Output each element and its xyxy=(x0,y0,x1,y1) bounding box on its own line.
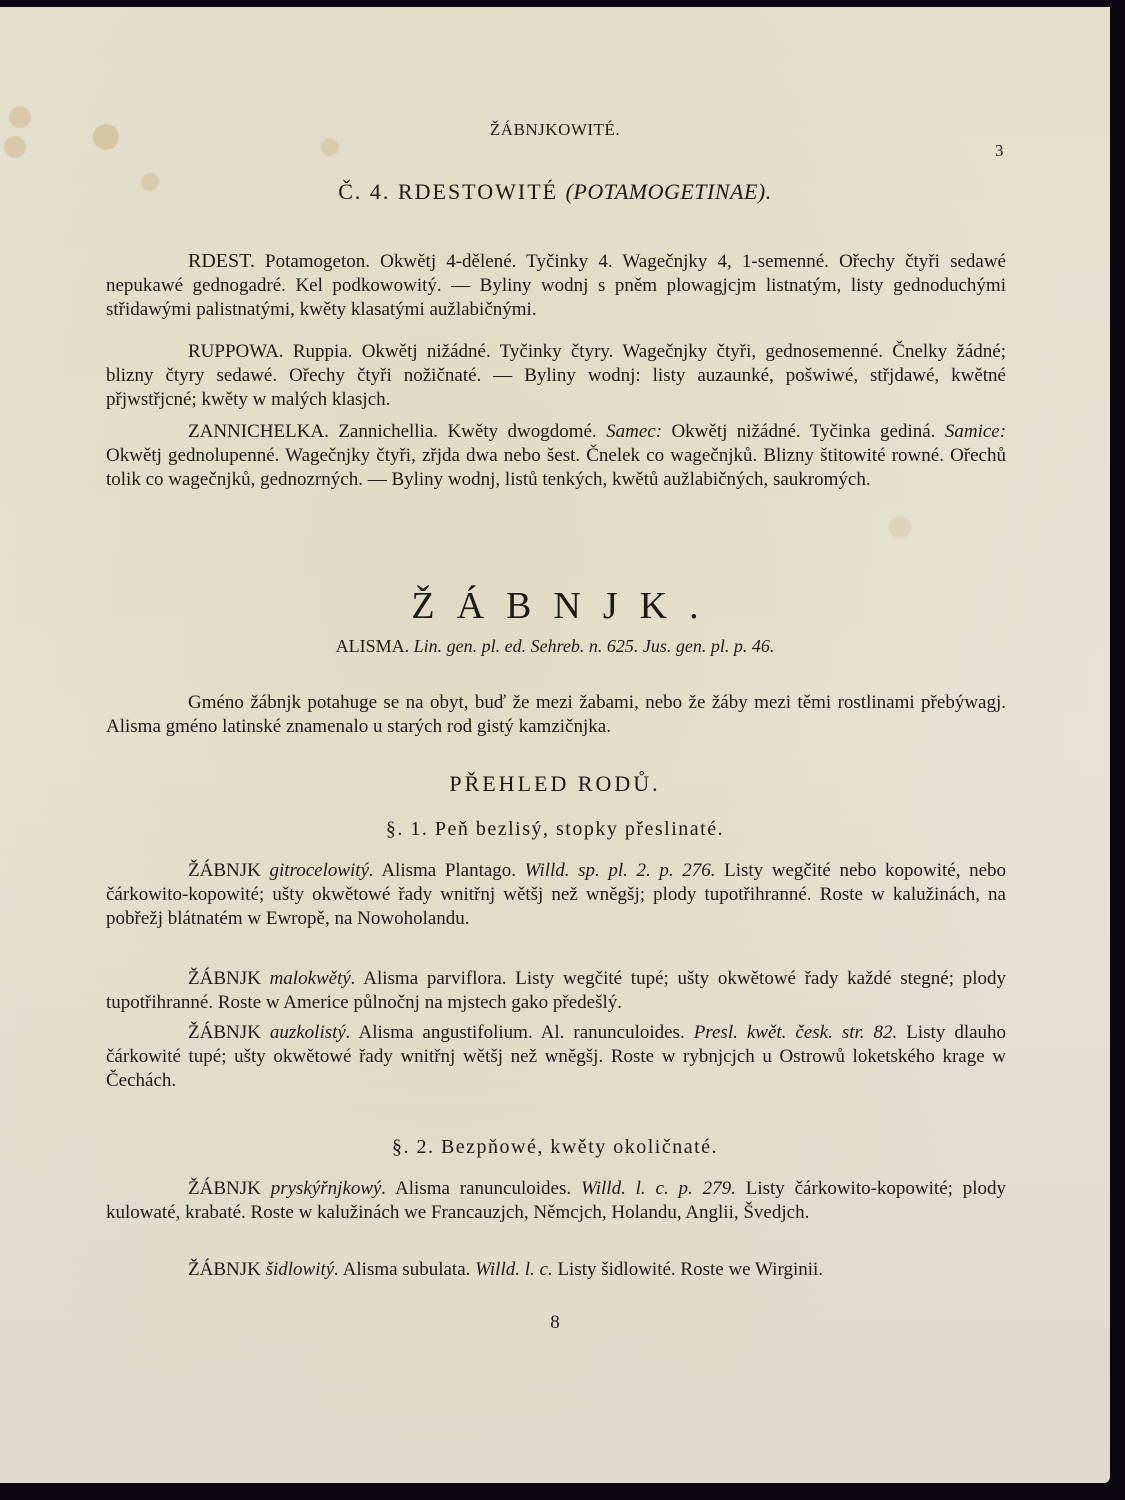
species-epithet: pryskýřnjkowý. xyxy=(271,1178,387,1199)
species-entry: ŽÁBNJK pryskýřnjkowý. Alisma ranunculoid… xyxy=(106,1177,1006,1225)
species-latin: Alisma subulata. xyxy=(343,1259,471,1280)
page-number-bottom: 8 xyxy=(0,1313,1110,1332)
genus-reference: Lin. gen. pl. ed. Sehreb. n. 625. Jus. g… xyxy=(414,636,775,656)
genus-entry-ruppowa: RUPPOWA. Ruppia. Okwětj nižádné. Tyčinky… xyxy=(106,340,1006,412)
genus-latin-name: ALISMA. xyxy=(336,636,410,656)
page-number-top: 3 xyxy=(995,142,1004,159)
species-reference: Willd. l. c. p. 279. xyxy=(581,1178,736,1199)
genus-title: ŽÁBNJK. xyxy=(0,587,1110,625)
species-entry: ŽÁBNJK malokwětý. Alisma parviflora. Lis… xyxy=(106,967,1006,1015)
male-label: Samec: xyxy=(606,421,662,442)
family-name: RDESTOWITÉ xyxy=(398,179,558,204)
genus-name: RUPPOWA. xyxy=(188,341,284,362)
family-latin: (POTAMOGETINAE). xyxy=(566,179,772,204)
overview-title: PŘEHLED RODŮ. xyxy=(0,773,1110,795)
species-description: Listy šidlowité. Roste we Wirginii. xyxy=(557,1259,823,1280)
species-epithet: auzkolistý. xyxy=(270,1022,351,1043)
book-page: ŽÁBNJKOWITÉ. 3 Č. 4. RDESTOWITÉ (POTAMOG… xyxy=(0,7,1110,1483)
species-latin: Alisma angustifolium. Al. ranunculoides. xyxy=(359,1022,685,1043)
species-epithet: gitrocelowitý. xyxy=(269,860,373,881)
species-reference: Willd. l. c. xyxy=(475,1259,553,1280)
genus-reference-line: ALISMA. Lin. gen. pl. ed. Sehreb. n. 625… xyxy=(0,637,1110,655)
species-latin: Alisma parviflora. xyxy=(363,968,506,989)
species-entry: ŽÁBNJK gitrocelowitý. Alisma Plantago. W… xyxy=(106,859,1006,931)
species-genus: ŽÁBNJK xyxy=(188,860,261,881)
species-reference: Willd. sp. pl. 2. p. 276. xyxy=(525,860,716,881)
etymology-text: Gméno žábnjk potahuge se na obyt, buď že… xyxy=(106,692,1006,737)
species-genus: ŽÁBNJK xyxy=(188,1022,261,1043)
male-description: Okwětj nižádné. Tyčinka gediná. xyxy=(671,421,935,442)
genus-name: ZANNICHELKA. xyxy=(188,421,329,442)
etymology-paragraph: Gméno žábnjk potahuge se na obyt, buď že… xyxy=(106,691,1006,739)
species-genus: ŽÁBNJK xyxy=(188,1259,261,1280)
family-title: Č. 4. RDESTOWITÉ (POTAMOGETINAE). xyxy=(0,181,1110,203)
species-entry: ŽÁBNJK šidlowitý. Alisma subulata. Willd… xyxy=(106,1258,1006,1282)
species-latin: Alisma ranunculoides. xyxy=(395,1178,571,1199)
species-epithet: šidlowitý. xyxy=(266,1259,339,1280)
species-genus: ŽÁBNJK xyxy=(188,1178,261,1199)
genus-entry-zannichelka: ZANNICHELKA. Zannichellia. Kwěty dwogdom… xyxy=(106,420,1006,492)
species-latin: Alisma Plantago. xyxy=(381,860,516,881)
family-number: Č. 4. xyxy=(338,179,390,204)
species-epithet: malokwětý. xyxy=(270,968,356,989)
running-head: ŽÁBNJKOWITÉ. xyxy=(0,121,1110,138)
genus-entry-rdest: RDEST. Potamogeton. Okwětj 4-dělené. Tyč… xyxy=(106,249,1006,322)
species-entry: ŽÁBNJK auzkolistý. Alisma angustifolium.… xyxy=(106,1021,1006,1093)
species-genus: ŽÁBNJK xyxy=(188,968,261,989)
genus-description: Zannichellia. Kwěty dwogdomé. xyxy=(338,421,596,442)
section-heading-1: §. 1. Peň bezlisý, stopky přeslinaté. xyxy=(0,819,1110,839)
section-heading-2: §. 2. Bezpňowé, kwěty okoličnaté. xyxy=(0,1137,1110,1157)
genus-name: RDEST. xyxy=(188,250,255,272)
female-description: Okwětj gednolupenné. Wagečnjky čtyři, zř… xyxy=(106,445,1006,490)
species-reference: Presl. kwět. česk. str. 82. xyxy=(694,1022,898,1043)
female-label: Samice: xyxy=(945,421,1006,442)
